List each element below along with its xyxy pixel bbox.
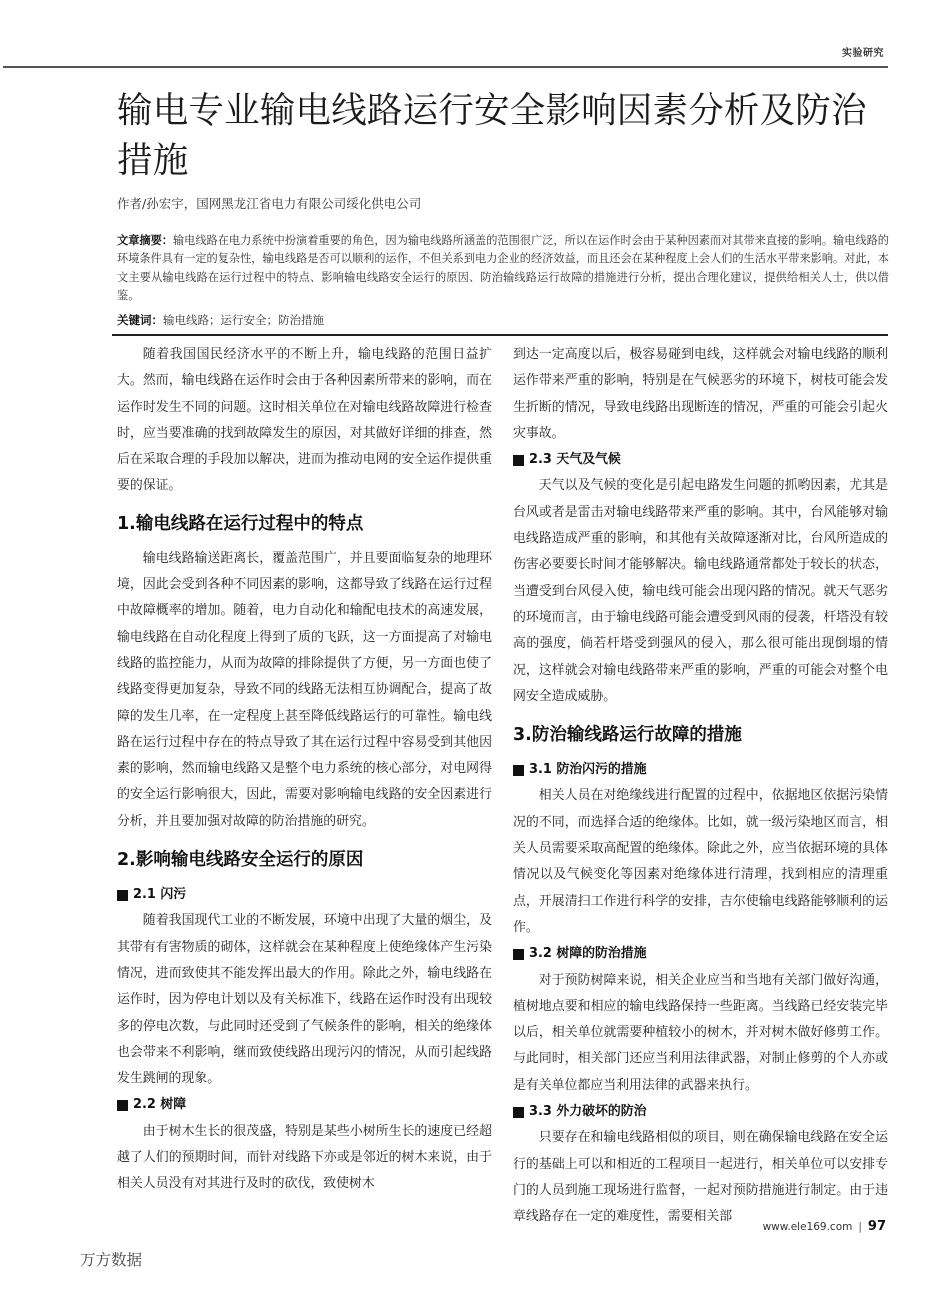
- abstract: 文章摘要：输电线路在电力系统中扮演着重要的角色，因为输电线路所涵盖的范围很广泛，…: [117, 232, 889, 305]
- intro-paragraph: 随着我国国民经济水平的不断上升，输电线路的范围日益扩大。然而，输电线路在运作时会…: [117, 342, 492, 500]
- section-3-1-heading: 3.1 防治闪污的措施: [513, 757, 888, 783]
- page-number: 97: [868, 1219, 886, 1234]
- page-footer: www.ele169.com | 97: [763, 1219, 886, 1234]
- section-2-1-heading: 2.1 闪污: [117, 882, 492, 908]
- square-bullet-icon: [513, 1107, 524, 1118]
- square-bullet-icon: [513, 949, 524, 960]
- keywords-label: 关键词：: [117, 313, 163, 327]
- abstract-label: 文章摘要：: [117, 234, 173, 247]
- section-3-1-paragraph: 相关人员在对绝缘线进行配置的过程中，依据地区依据污染情况的不同，而选择合适的绝缘…: [513, 783, 888, 941]
- section-2-3-heading-text: 2.3 天气及气候: [529, 447, 621, 473]
- square-bullet-icon: [513, 455, 524, 466]
- section-2-1-heading-text: 2.1 闪污: [133, 882, 186, 908]
- abstract-divider: [112, 334, 888, 336]
- section-3-2-paragraph: 对于预防树障来说，相关企业应当和当地有关部门做好沟通，植树地点要和相应的输电线路…: [513, 968, 888, 1099]
- section-2-heading: 2.影响输电线路安全运行的原因: [117, 847, 492, 873]
- running-head-section: 实验研究: [842, 44, 884, 59]
- right-column: 到达一定高度以后，极容易碰到电线，这样就会对输电线路的顺利运作带来严重的影响，特…: [513, 342, 888, 1231]
- article-title: 输电专业输电线路运行安全影响因素分析及防治措施: [117, 86, 892, 186]
- section-3-2-heading: 3.2 树障的防治措施: [513, 941, 888, 967]
- abstract-text: 输电线路在电力系统中扮演着重要的角色，因为输电线路所涵盖的范围很广泛，所以在运作…: [117, 234, 889, 302]
- top-rule-divider: [3, 66, 888, 68]
- section-2-2-paragraph: 由于树木生长的很茂盛，特别是某些小树所生长的速度已经超越了人们的预期时间，而针对…: [117, 1119, 492, 1198]
- square-bullet-icon: [117, 890, 128, 901]
- section-3-3-heading: 3.3 外力破坏的防治: [513, 1099, 888, 1125]
- keywords: 关键词：输电线路；运行安全；防治措施: [117, 312, 889, 328]
- section-2-2-heading-text: 2.2 树障: [133, 1092, 186, 1118]
- section-2-3-paragraph: 天气以及气候的变化是引起电路发生问题的抓哟因素，尤其是台风或者是雷击对输电线路带…: [513, 473, 888, 710]
- author-line: 作者/孙宏宇，国网黑龙江省电力有限公司绥化供电公司: [117, 194, 421, 212]
- watermark-text: 万方数据: [80, 1248, 142, 1270]
- section-3-2-heading-text: 3.2 树障的防治措施: [529, 941, 647, 967]
- section-2-2-heading: 2.2 树障: [117, 1092, 492, 1118]
- left-column: 随着我国国民经济水平的不断上升，输电线路的范围日益扩大。然而，输电线路在运作时会…: [117, 342, 492, 1198]
- section-3-3-paragraph: 只要存在和输电线路相似的项目，则在确保输电线路在安全运行的基础上可以和相近的工程…: [513, 1125, 888, 1230]
- section-2-1-paragraph: 随着我国现代工业的不断发展，环境中出现了大量的烟尘，及其带有有害物质的砌体，这样…: [117, 908, 492, 1092]
- footer-website-link[interactable]: www.ele169.com: [763, 1221, 853, 1233]
- square-bullet-icon: [513, 765, 524, 776]
- section-1-paragraph: 输电线路输送距离长，覆盖范围广，并且要面临复杂的地理环境，因此会受到各种不同因素…: [117, 546, 492, 835]
- section-2-2-continued-paragraph: 到达一定高度以后，极容易碰到电线，这样就会对输电线路的顺利运作带来严重的影响，特…: [513, 342, 888, 447]
- footer-separator: |: [858, 1221, 862, 1233]
- square-bullet-icon: [117, 1100, 128, 1111]
- section-3-1-heading-text: 3.1 防治闪污的措施: [529, 757, 647, 783]
- section-1-heading: 1.输电线路在运行过程中的特点: [117, 511, 492, 537]
- section-2-3-heading: 2.3 天气及气候: [513, 447, 888, 473]
- keywords-text: 输电线路；运行安全；防治措施: [163, 313, 324, 327]
- section-3-heading: 3.防治输线路运行故障的措施: [513, 722, 888, 748]
- section-3-3-heading-text: 3.3 外力破坏的防治: [529, 1099, 647, 1125]
